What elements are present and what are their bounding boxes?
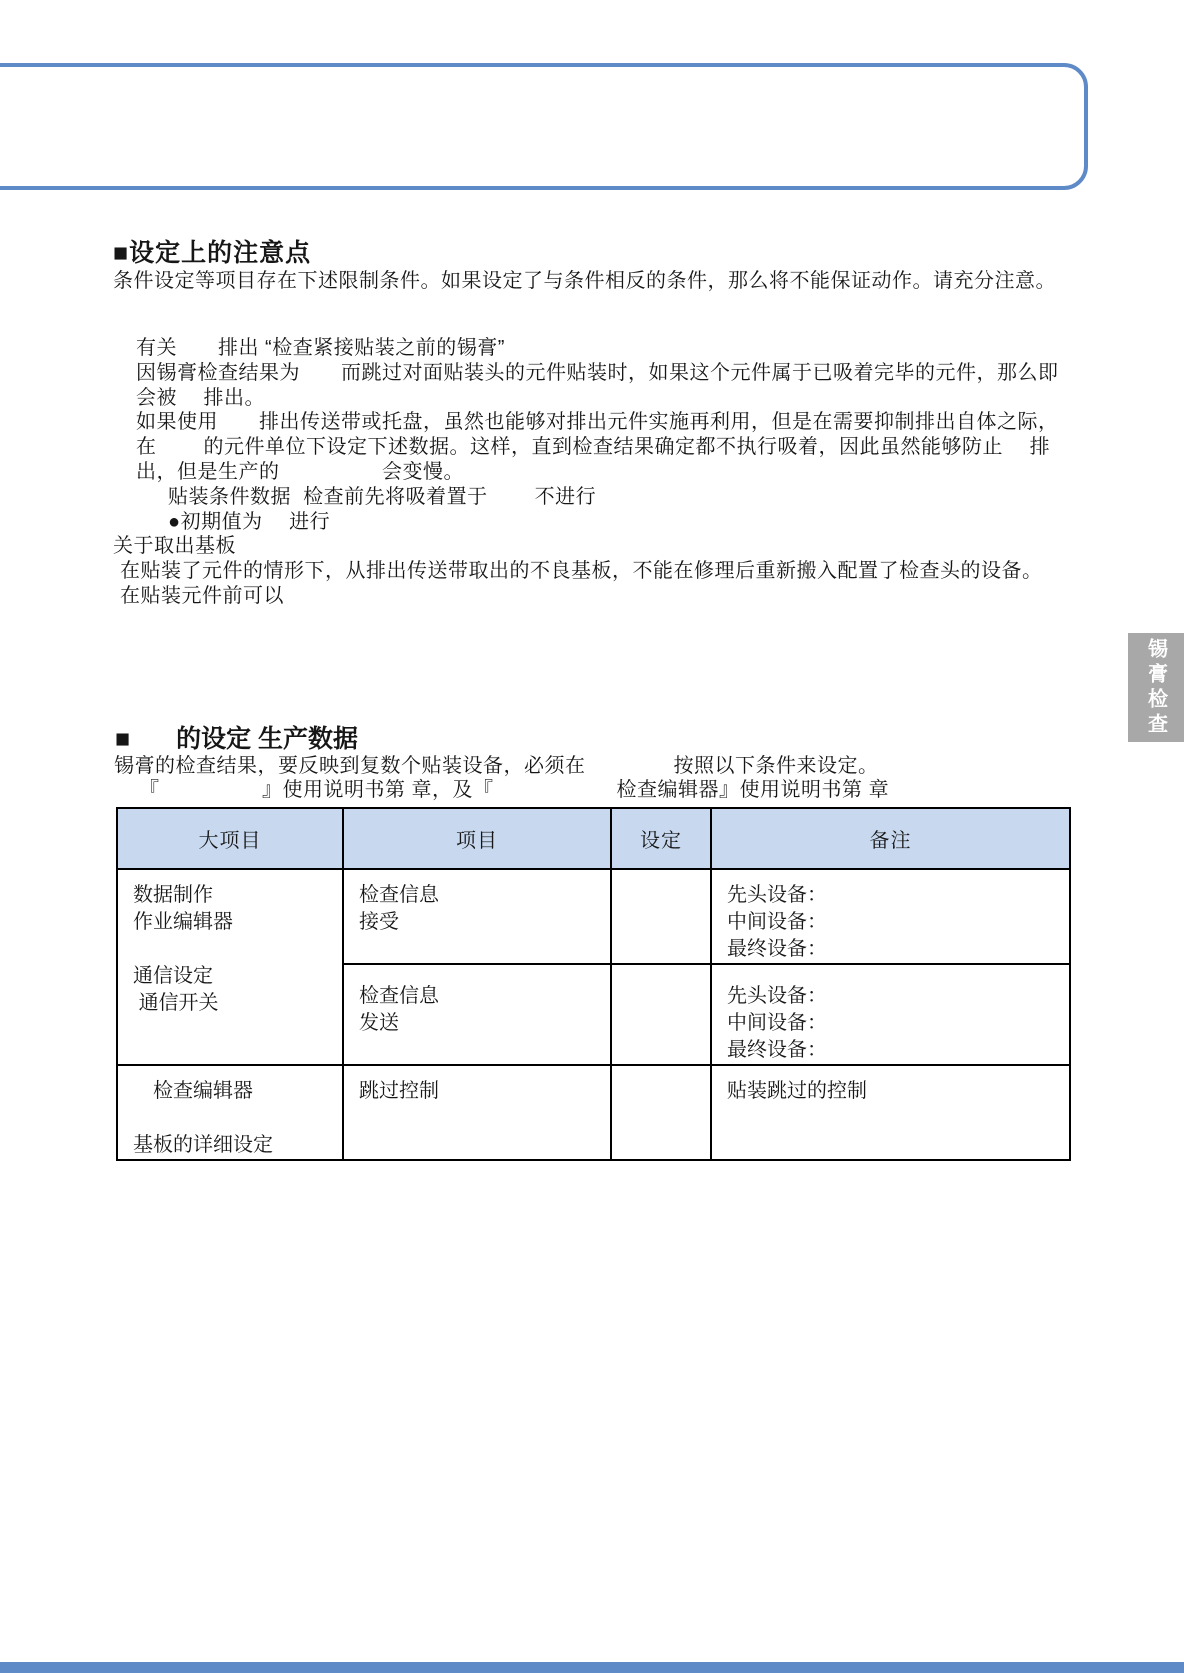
note-line: 在 的元件单位下设定下述数据。这样，直到检查结果确定都不执行吸着，因此虽然能够防… [113,435,1113,460]
cell-big-item-inspection-editor: 检查编辑器 基板的详细设定 [117,1065,343,1160]
notes-intro-text: 条件设定等项目存在下述限制条件。如果设定了与条件相反的条件，那么将不能保证动作。… [113,264,1056,293]
table-header-row: 大项目 项目 设定 备注 [117,808,1070,869]
side-tab-label: 锡膏检查 [1142,638,1171,738]
note-line: 有关 排出 “检查紧接贴装之前的锡膏” [113,336,1113,361]
table-row: 数据制作 作业编辑器 通信设定 通信开关 检查信息 接受 先头设备： 中间设备：… [117,869,1070,964]
settings-reference-text: 『 』使用说明书第 章，及『 检查编辑器』使用说明书第 章 [139,773,889,802]
cell-remark-send: 先头设备： 中间设备： 最终设备： [711,964,1070,1065]
note-line: 在贴装元件前可以 [113,584,1113,609]
cell-big-item-editors: 数据制作 作业编辑器 通信设定 通信开关 [117,869,343,1065]
col-header-setting: 设定 [611,808,711,869]
cell-setting-skip [611,1065,711,1160]
col-header-big-item: 大项目 [117,808,343,869]
note-line-mount-condition: 贴装条件数据 检查前先将吸着置于 不进行 [113,485,1113,510]
note-line: 出，但是生产的 会变慢。 [113,460,1113,485]
table-row: 检查编辑器 基板的详细设定 跳过控制 贴装跳过的控制 [117,1065,1070,1160]
manual-page: ■设定上的注意点 条件设定等项目存在下述限制条件。如果设定了与条件相反的条件，那… [0,0,1184,1675]
note-line: 会被 排出。 [113,386,1113,411]
side-tab-solder-paste-inspection: 锡膏检查 [1128,633,1184,742]
cell-setting-receive [611,869,711,964]
notes-body: 有关 排出 “检查紧接贴装之前的锡膏” 因锡膏检查结果为 而跳过对面贴装头的元件… [113,336,1113,609]
cell-item-inspection-info-send: 检查信息 发送 [343,964,611,1065]
note-line: 如果使用 排出传送带或托盘，虽然也能够对排出元件实施再利用，但是在需要抑制排出自… [113,410,1113,435]
cell-remark-receive: 先头设备： 中间设备： 最终设备： [711,869,1070,964]
col-header-item: 项目 [343,808,611,869]
note-line: 在贴装了元件的情形下，从排出传送带取出的不良基板，不能在修理后重新搬入配置了检查… [113,559,1113,584]
header-outline-box [0,63,1088,190]
production-data-table: 大项目 项目 设定 备注 数据制作 作业编辑器 通信设定 通信开关 检查信息 接… [116,807,1071,1161]
note-line: 因锡膏检查结果为 而跳过对面贴装头的元件贴装时，如果这个元件属于已吸着完毕的元件… [113,361,1113,386]
cell-remark-skip: 贴装跳过的控制 [711,1065,1070,1160]
note-line-board-removal-heading: 关于取出基板 [113,534,1113,559]
col-header-remark: 备注 [711,808,1070,869]
cell-item-skip-control: 跳过控制 [343,1065,611,1160]
cell-setting-send [611,964,711,1065]
note-line-initial-value: ●初期值为 进行 [113,510,1113,535]
cell-item-inspection-info-receive: 检查信息 接受 [343,869,611,964]
footer-rule [0,1662,1184,1673]
